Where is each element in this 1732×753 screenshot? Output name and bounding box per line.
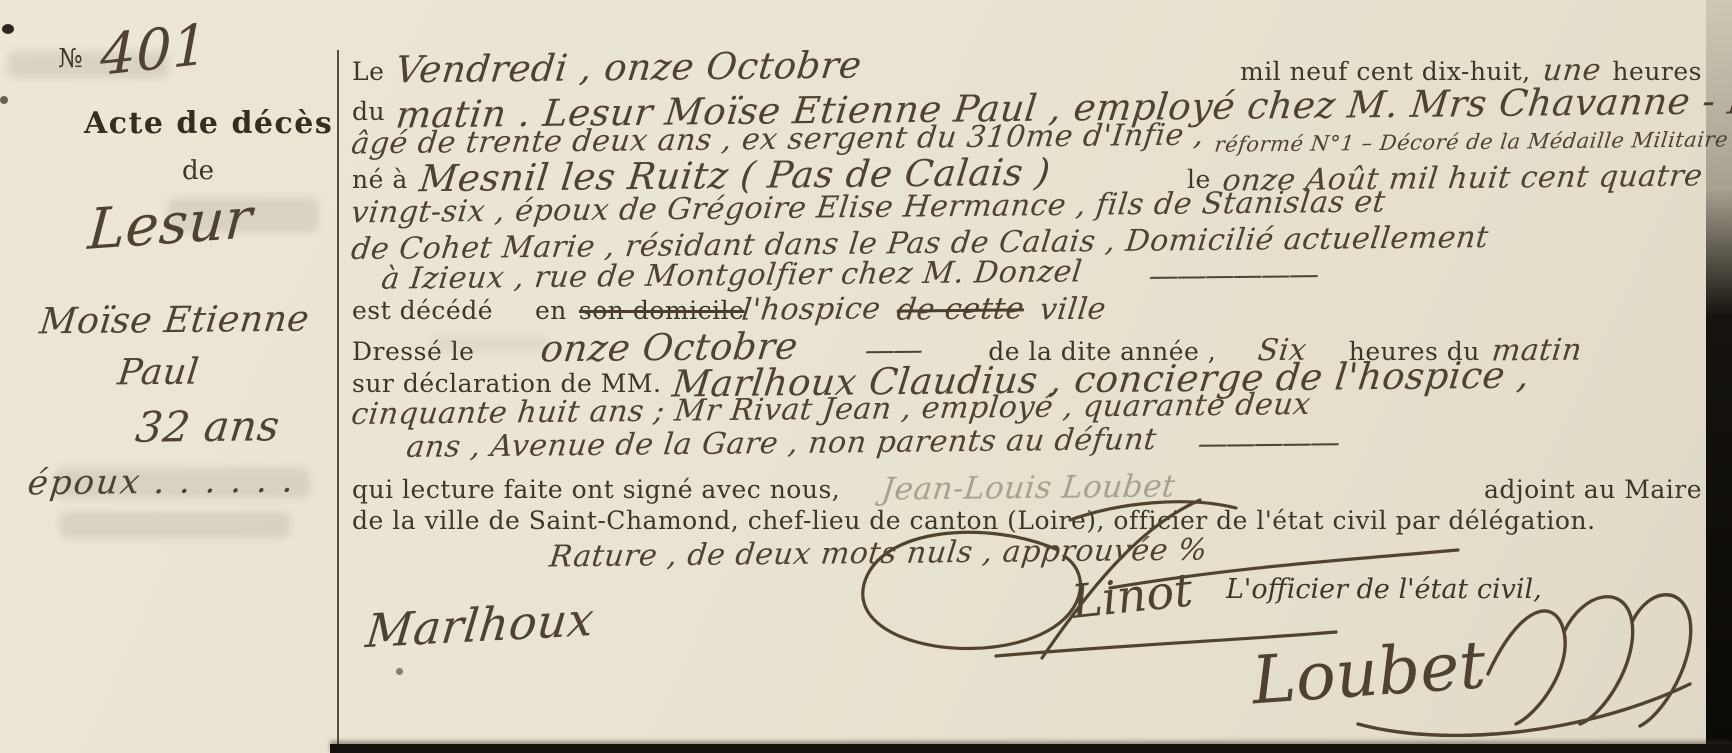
printed-text: est décédé bbox=[352, 296, 493, 325]
deceased-surname: Lesur bbox=[86, 186, 255, 263]
printed-text: en bbox=[535, 296, 567, 325]
filler-dash: ————— bbox=[1196, 425, 1340, 461]
handwritten-address: à Izieux , rue de Montgolfier chez M. Do… bbox=[380, 254, 1084, 296]
record-line: est décédé en son domicile l'hospice de … bbox=[352, 292, 1702, 327]
record-line: à Izieux , rue de Montgolfier chez M. Do… bbox=[352, 258, 1702, 293]
svg-text:Linot: Linot bbox=[1068, 562, 1196, 629]
scan-edge-bottom bbox=[330, 744, 1732, 753]
record-line: ans , Avenue de la Gare , non parents au… bbox=[352, 426, 1702, 461]
ink-speck bbox=[2, 24, 14, 34]
handwritten-date: Vendredi , onze Octobre bbox=[394, 44, 865, 92]
handwritten-text: ans , Avenue de la Gare , non parents au… bbox=[405, 422, 1159, 465]
record-line: cinquante huit ans ; Mr Rivat Jean , emp… bbox=[352, 392, 1702, 427]
act-title: Acte de décès bbox=[84, 106, 333, 141]
deceased-marital-status: époux . . . . . . bbox=[26, 461, 298, 504]
handwritten-death-place: ville bbox=[1038, 292, 1108, 328]
struck-printed-text: son domicile bbox=[579, 296, 744, 325]
deceased-given-names: Paul bbox=[116, 352, 201, 394]
printed-text: Le bbox=[352, 57, 384, 86]
bleed-through-smudge bbox=[60, 512, 290, 538]
record-number-label: № bbox=[58, 44, 83, 74]
witness-signature: Marlhoux bbox=[363, 592, 597, 658]
handwritten-text: réformé N°1 – Décoré de la Médaille Mili… bbox=[1214, 127, 1730, 156]
scan-edge-right bbox=[1706, 0, 1732, 753]
record-line: vingt-six , époux de Grégoire Elise Herm… bbox=[352, 190, 1702, 225]
struck-handwritten-text: de cette bbox=[895, 291, 1026, 327]
officer-signature: Loubet bbox=[1238, 556, 1718, 753]
svg-text:Loubet: Loubet bbox=[1248, 626, 1488, 719]
deceased-given-names: Moïse Etienne bbox=[38, 299, 312, 343]
deceased-age: 32 ans bbox=[133, 401, 282, 451]
margin-rule bbox=[337, 50, 339, 753]
record-number-value: 401 bbox=[100, 12, 208, 89]
death-certificate-scan: № 401 Acte de décès de Lesur Moïse Etien… bbox=[0, 0, 1732, 753]
handwritten-death-place: l'hospice bbox=[740, 291, 883, 327]
act-of-label: de bbox=[182, 156, 214, 186]
ink-speck bbox=[396, 668, 403, 675]
printed-text: adjoint au Maire bbox=[1484, 475, 1702, 504]
filler-dash: —————— bbox=[1147, 257, 1319, 294]
ink-speck bbox=[0, 96, 8, 104]
